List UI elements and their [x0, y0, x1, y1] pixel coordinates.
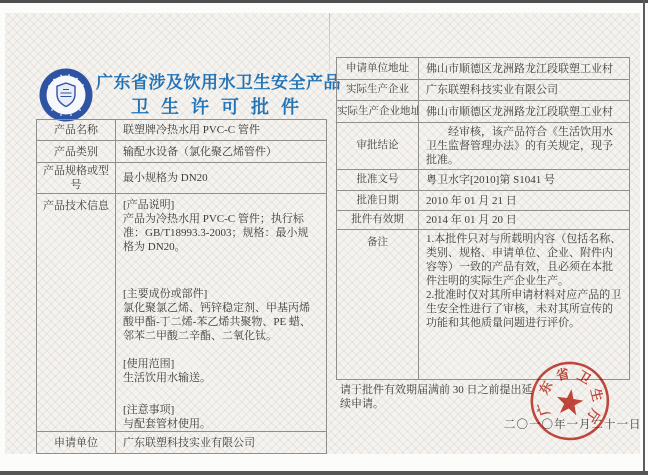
validity-date-label: 批件有效期 — [337, 211, 419, 230]
table-row: 批准日期 2010 年 01 月 21 日 — [337, 191, 630, 211]
approval-date-label: 批准日期 — [337, 191, 419, 211]
product-category-value: 输配水设备（氯化聚乙烯管件） — [116, 141, 327, 163]
scan-edge-bottom — [0, 471, 648, 475]
table-row: 备注 1.本批件只对与所载明内容（包括名称、类别、规格、申请单位、企业、附件内容… — [337, 230, 630, 380]
table-row: 批件有效期 2014 年 01 月 20 日 — [337, 211, 630, 230]
health-inspection-emblem-icon — [37, 66, 95, 124]
applicant-value: 广东联塑科技实业有限公司 — [116, 432, 327, 454]
official-red-seal: 广 东 省 卫 生 厅 — [521, 351, 618, 448]
seal-star-icon — [555, 387, 585, 416]
approval-info-table: 申请单位地址 佛山市顺德区龙洲路龙江段联塑工业村 实际生产企业 广东联塑科技实业… — [336, 57, 630, 380]
applicant-label: 申请单位 — [37, 432, 116, 454]
table-row: 实际生产企业 广东联塑科技实业有限公司 — [337, 80, 630, 101]
product-info-table: 产品名称 联塑牌冷热水用 PVC-C 管件 产品类别 输配水设备（氯化聚乙烯管件… — [36, 119, 327, 454]
certificate-title-line2: 卫生许可批件 — [96, 94, 334, 120]
certificate-title-line1: 广东省涉及饮用水卫生安全产品 — [96, 72, 334, 94]
table-row: 实际生产企业地址 佛山市顺德区龙洲路龙江段联塑工业村 — [337, 101, 630, 123]
scanned-certificate-page: 广东省涉及饮用水卫生安全产品 卫生许可批件 产品名称 联塑牌冷热水用 PVC-C… — [0, 0, 648, 475]
tech-section-body: 生活饮用水输送。 — [123, 371, 319, 385]
table-row: 产品规格或型号 最小规格为 DN20 — [37, 163, 327, 194]
manufacturer-label: 实际生产企业 — [337, 80, 419, 101]
product-category-label: 产品类别 — [37, 141, 116, 163]
product-tech-label: 产品技术信息 — [37, 194, 116, 432]
tech-section-body: 氯化聚氯乙烯、钙锌稳定剂、甲基丙烯酸甲酯-丁二烯-苯乙烯共聚物、PE 蜡、邻苯二… — [123, 301, 319, 343]
manufacturer-address-value: 佛山市顺德区龙洲路龙江段联塑工业村 — [419, 101, 630, 123]
table-row: 申请单位 广东联塑科技实业有限公司 — [37, 432, 327, 454]
table-row: 产品类别 输配水设备（氯化聚乙烯管件） — [37, 141, 327, 163]
seal-char: 生 — [588, 387, 606, 403]
table-row: 批准文号 粤卫水字[2010]第 S1041 号 — [337, 170, 630, 191]
seal-char: 广 — [534, 401, 552, 418]
seal-char: 东 — [536, 378, 555, 397]
approval-conclusion-label: 审批结论 — [337, 123, 419, 170]
table-row: 审批结论 经审核，该产品符合《生活饮用水卫生监督管理办法》的有关规定，现予批准。 — [337, 123, 630, 170]
scan-edge-right — [643, 0, 645, 475]
approval-conclusion-value: 经审核，该产品符合《生活饮用水卫生监督管理办法》的有关规定，现予批准。 — [419, 123, 630, 170]
product-spec-label: 产品规格或型号 — [37, 163, 116, 194]
remarks-label: 备注 — [337, 230, 419, 380]
approval-number-label: 批准文号 — [337, 170, 419, 191]
tech-section-heading: [注意事项] — [123, 403, 319, 417]
validity-date-value: 2014 年 01 月 20 日 — [419, 211, 630, 230]
tech-section-heading: [产品说明] — [123, 198, 319, 212]
scan-edge-top — [0, 0, 648, 3]
remarks-value: 1.本批件只对与所载明内容（包括名称、类别、规格、申请单位、企业、附件内容等）一… — [419, 230, 630, 380]
tech-section-usage-scope: [使用范围] 生活饮用水输送。 — [123, 357, 319, 385]
tech-section-components: [主要成份或部件] 氯化聚氯乙烯、钙锌稳定剂、甲基丙烯酸甲酯-丁二烯-苯乙烯共聚… — [123, 287, 319, 343]
product-name-value: 联塑牌冷热水用 PVC-C 管件 — [116, 120, 327, 141]
table-row: 产品技术信息 [产品说明] 产品为冷热水用 PVC-C 管件；执行标准：GB/T… — [37, 194, 327, 432]
certificate-title: 广东省涉及饮用水卫生安全产品 卫生许可批件 — [96, 72, 334, 120]
renewal-instruction: 请于批件有效期届满前 30 日之前提出延续申请。 — [340, 383, 540, 411]
manufacturer-address-label: 实际生产企业地址 — [337, 101, 419, 123]
tech-section-heading: [使用范围] — [123, 357, 319, 371]
product-name-label: 产品名称 — [37, 120, 116, 141]
tech-section-precautions: [注意事项] 与配套管材使用。 — [123, 403, 319, 431]
table-row: 申请单位地址 佛山市顺德区龙洲路龙江段联塑工业村 — [337, 58, 630, 80]
applicant-address-value: 佛山市顺德区龙洲路龙江段联塑工业村 — [419, 58, 630, 80]
product-spec-value: 最小规格为 DN20 — [116, 163, 327, 194]
manufacturer-value: 广东联塑科技实业有限公司 — [419, 80, 630, 101]
approval-date-value: 2010 年 01 月 21 日 — [419, 191, 630, 211]
tech-section-body: 与配套管材使用。 — [123, 417, 319, 431]
remark-item-1: 1.本批件只对与所载明内容（包括名称、类别、规格、申请单位、企业、附件内容等）一… — [426, 232, 622, 288]
approval-number-value: 粤卫水字[2010]第 S1041 号 — [419, 170, 630, 191]
table-row: 产品名称 联塑牌冷热水用 PVC-C 管件 — [37, 120, 327, 141]
tech-section-heading: [主要成份或部件] — [123, 287, 319, 301]
tech-section-body: 产品为冷热水用 PVC-C 管件；执行标准：GB/T18993.3-2003；规… — [123, 212, 319, 254]
seal-char: 省 — [555, 365, 571, 383]
remark-item-2: 2.批准时仅对其所申请材料对应产品的卫生安全性进行了审核，未对其所宣传的功能和其… — [426, 288, 622, 330]
product-tech-value: [产品说明] 产品为冷热水用 PVC-C 管件；执行标准：GB/T18993.3… — [116, 194, 327, 432]
applicant-address-label: 申请单位地址 — [337, 58, 419, 80]
tech-section-description: [产品说明] 产品为冷热水用 PVC-C 管件；执行标准：GB/T18993.3… — [123, 198, 319, 254]
